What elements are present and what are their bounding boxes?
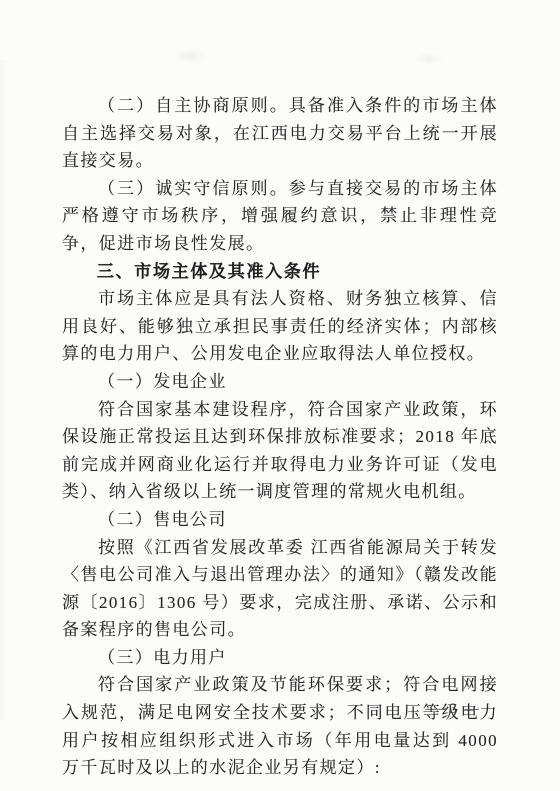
paragraph-market-entity-requirements: 市场主体应是具有法人资格、财务独立核算、信用良好、能够独立承担民事责任的经济实体… bbox=[62, 285, 498, 368]
scan-edge-artifact bbox=[0, 60, 10, 720]
paragraph-generation-requirements: 符合国家基本建设程序，符合国家产业政策，环保设施正常投运且达到环保排放标准要求；… bbox=[62, 396, 498, 506]
paragraph-principle-3: （三）诚实守信原则。参与直接交易的市场主体严格遵守市场秩序，增强履约意识，禁止非… bbox=[62, 175, 498, 258]
subheading-electricity-retailers: （二）售电公司 bbox=[62, 506, 498, 534]
subheading-power-users: （三）电力用户 bbox=[62, 644, 498, 672]
paragraph-power-user-requirements: 符合国家产业政策及节能环保要求；符合电网接入规范，满足电网安全技术要求；不同电压… bbox=[62, 671, 498, 781]
scan-smudge bbox=[414, 52, 444, 66]
document-page: （二）自主协商原则。具备准入条件的市场主体自主选择交易对象，在江西电力交易平台上… bbox=[0, 0, 560, 791]
paragraph-retailer-requirements: 按照《江西省发展改革委 江西省能源局关于转发〈售电公司准入与退出管理办法〉的通知… bbox=[62, 534, 498, 644]
page-number: — 3 — bbox=[428, 701, 482, 718]
section-heading-market-entities: 三、市场主体及其准入条件 bbox=[62, 258, 498, 286]
subheading-generation-enterprises: （一）发电企业 bbox=[62, 368, 498, 396]
document-body: （二）自主协商原则。具备准入条件的市场主体自主选择交易对象，在江西电力交易平台上… bbox=[62, 92, 498, 782]
paragraph-principle-2: （二）自主协商原则。具备准入条件的市场主体自主选择交易对象，在江西电力交易平台上… bbox=[62, 92, 498, 175]
scan-smudge bbox=[172, 48, 208, 64]
